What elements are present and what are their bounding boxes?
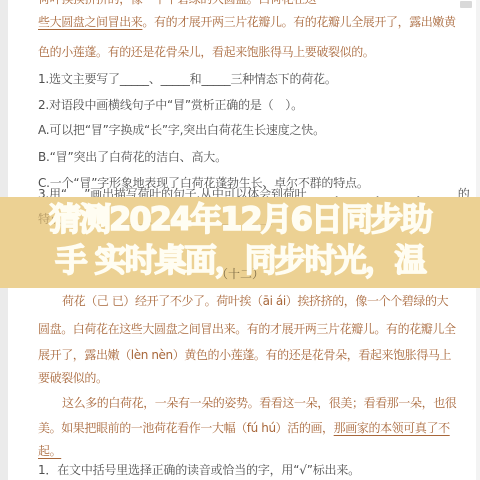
passage-line-2: 色的小莲蓬。有的还是花骨朵儿，看起来饱胀得马上要破裂似的。 (38, 44, 462, 60)
overlay-ad-banner[interactable]: 特点 ＿＿、＿＿、＿＿、＿＿ （十二） 猜测2024年12月6日同步助 手 实时… (0, 197, 480, 288)
question-2: 2.对语段中画横线句子中“冒”赏析正确的是（ ）。 (38, 97, 462, 113)
passage2-line-1: 荷花（己 已）经开了不少了。荷叶挨（āi ái）挨挤挤的，像一个个碧绿的大 (38, 293, 462, 309)
passage2-line-2: 圆盘。白荷花在这些大圆盘之间冒出来。有的才展开两三片花瓣儿。有的花瓣儿全 (38, 321, 462, 337)
passage2-line-6: 美。如果把眼前的一池荷花看作一大幅（fú hú）活的画，那画家的本领可真了不 (38, 420, 462, 436)
passage2-question-1: 1．在文中括号里选择正确的读音或恰当的字，用“√”标出来。 (38, 462, 462, 478)
passage2-line-4: 要破裂似的。 (38, 370, 462, 386)
worksheet-page: { "colors": { "passage_text": "#a8673a",… (0, 0, 480, 480)
underlined-phrase: 起。 (38, 444, 61, 458)
banner-title-line-2: 手 实时桌面，同步时光，温 (0, 239, 480, 281)
passage2-line-7: 起。 (38, 443, 462, 459)
underlined-phrase: 那画家的本领可真了不 (334, 421, 450, 435)
option-a: A.可以把“冒”字换成“长”字,突出白荷花生长速度之快。 (38, 122, 462, 138)
passage-text: 美。如果把眼前的一池荷花看作一大幅（fú hú）活的画， (38, 421, 334, 435)
passage2-line-3: 展开了，露出嫩（lèn nèn）黄色的小莲蓬。有的还是花骨朵，看起来饱胀得马上 (38, 347, 462, 363)
question-1: 1.选文主要写了_____、_____和_____三种情态下的荷花。 (38, 71, 462, 87)
clipped-text-line: 荷叶挨挨挤挤的，像一个个碧绿的大圆盘。白荷花在这 (38, 0, 462, 8)
passage-line-1: 些大圆盘之间冒出来。有的才展开两三片花瓣儿。有的花瓣儿全展开了，露出嫩黄 (38, 14, 462, 30)
banner-title-line-1: 猜测2024年12月6日同步助 (0, 198, 480, 240)
option-b: B.“冒”突出了白荷花的洁白、高大。 (38, 149, 462, 165)
clipped-text: 荷叶挨挨挤挤的，像一个个碧绿的大圆盘。白荷花在这 (38, 0, 316, 7)
underlined-phrase: 些大圆盘之间冒出来 (38, 15, 142, 29)
passage2-line-5: 这么多的白荷花，一朵有一朵的姿势。看看这一朵，很美；看看那一朵，也很 (38, 395, 462, 411)
passage-text: 。有的才展开两三片花瓣儿。有的花瓣儿全展开了，露出嫩黄 (142, 15, 455, 29)
